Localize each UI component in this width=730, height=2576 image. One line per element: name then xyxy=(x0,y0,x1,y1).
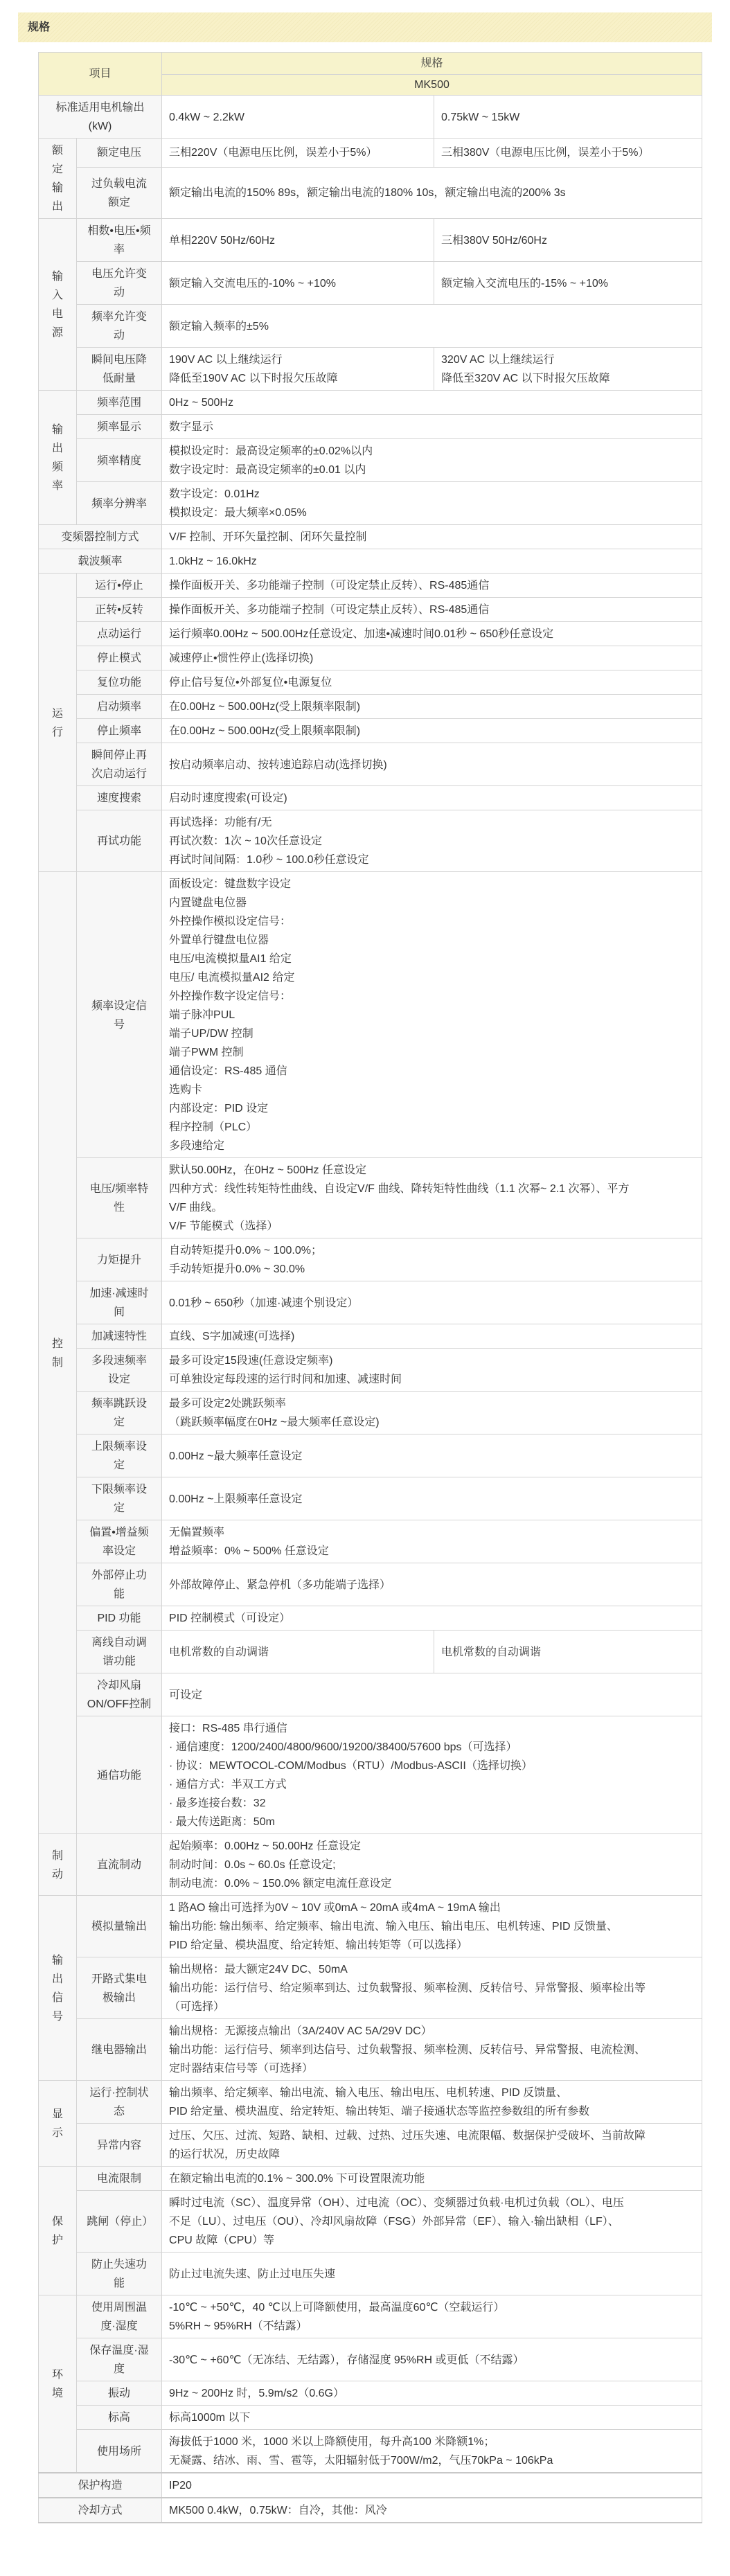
spec-row: 标高 标高1000m 以下 xyxy=(39,2406,702,2430)
row-label: 异常内容 xyxy=(77,2124,162,2167)
spec-row: 力矩提升 自动转矩提升0.0% ~ 100.0%； 手动转矩提升0.0% ~ 3… xyxy=(39,1238,702,1281)
row-value: 最多可设定2处跳跃频率 （跳跃频率幅度在0Hz ~最大频率任意设定) xyxy=(162,1392,702,1434)
row-value: 0.00Hz ~上限频率任意设定 xyxy=(162,1477,702,1520)
spec-row: 加减速特性 直线、S字加减速(可选择) xyxy=(39,1324,702,1349)
row-label: 电压允许变动 xyxy=(77,262,162,305)
row-label: 停止模式 xyxy=(77,646,162,670)
row-value: 0.75kW ~ 15kW xyxy=(434,96,702,139)
row-value: 按启动频率启动、按转速追踪启动(选择切换) xyxy=(162,743,702,786)
row-value: -10℃ ~ +50℃，40 ℃以上可降额使用，最高温度60℃（空载运行） 5%… xyxy=(162,2295,702,2338)
spec-row: 过负载电流额定 额定输出电流的150% 89s，额定输出电流的180% 10s，… xyxy=(39,167,702,218)
row-label: 频率显示 xyxy=(77,415,162,439)
row-value: 额定输出电流的150% 89s，额定输出电流的180% 10s，额定输出电流的2… xyxy=(162,167,702,218)
row-label-text: 加减速特性 xyxy=(87,1327,152,1346)
row-label-text: 点动运行 xyxy=(87,625,152,643)
section-header-bar: 规格 xyxy=(18,12,712,42)
group-label: 保护 xyxy=(39,2167,77,2295)
row-value: -30℃ ~ +60℃（无冻结、无结露），存储湿度 95%RH 或更低（不结露） xyxy=(162,2338,702,2381)
row-value: 0.01秒 ~ 650秒（加速·减速个别设定） xyxy=(162,1281,702,1324)
row-label-text: 下限频率设定 xyxy=(87,1480,152,1518)
group-label: 显示 xyxy=(39,2081,77,2167)
row-label-text: 离线自动调谐功能 xyxy=(87,1633,152,1671)
row-value: 无偏置频率 增益频率：0% ~ 500% 任意设定 xyxy=(162,1520,702,1563)
spec-row: 启动频率 在0.00Hz ~ 500.00Hz(受上限频率限制) xyxy=(39,695,702,719)
spec-row: 继电器输出 输出规格：无源接点输出（3A/240V AC 5A/29V DC） … xyxy=(39,2019,702,2081)
row-label-text: 运行·控制状态 xyxy=(87,2084,152,2121)
row-label-text: 频率允许变动 xyxy=(87,308,152,345)
group-label: 输出频率 xyxy=(39,391,77,525)
row-label: 跳闸（停止） xyxy=(77,2191,162,2253)
spec-row: 复位功能 停止信号复位•外部复位•电源复位 xyxy=(39,670,702,695)
spec-row: 载波频率 1.0kHz ~ 16.0kHz xyxy=(39,549,702,574)
row-label: 频率精度 xyxy=(77,439,162,482)
spec-row: 停止模式 减速停止•惯性停止(选择切换) xyxy=(39,646,702,670)
row-value: 自动转矩提升0.0% ~ 100.0%； 手动转矩提升0.0% ~ 30.0% xyxy=(162,1238,702,1281)
row-label: 多段速频率设定 xyxy=(77,1349,162,1392)
row-label-text: 多段速频率设定 xyxy=(87,1351,152,1389)
row-label-text: 标高 xyxy=(87,2408,152,2427)
spec-row: PID 功能 PID 控制模式（可设定） xyxy=(39,1606,702,1631)
row-label-text: 速度搜索 xyxy=(87,789,152,808)
row-label-text: PID 功能 xyxy=(87,1609,152,1628)
row-label: 使用场所 xyxy=(77,2430,162,2473)
spec-row: 加速·减速时间 0.01秒 ~ 650秒（加速·减速个别设定） xyxy=(39,1281,702,1324)
row-label: 频率允许变动 xyxy=(77,305,162,348)
spec-row: 控制 频率设定信号 面板设定：键盘数字设定 内置键盘电位器 外控操作模拟设定信号… xyxy=(39,872,702,1158)
spec-row: 外部停止功能 外部故障停止、紧急停机（多功能端子选择） xyxy=(39,1563,702,1606)
group-label-text: 输出频率 xyxy=(52,420,63,495)
spec-row: 标准适用电机输出(kW) 0.4kW ~ 2.2kW 0.75kW ~ 15kW xyxy=(39,96,702,139)
group-label-text: 输出信号 xyxy=(52,1951,63,2026)
row-label-text: 使用场所 xyxy=(87,2442,152,2461)
row-label-text: 频率范围 xyxy=(87,393,152,412)
row-value: 在0.00Hz ~ 500.00Hz(受上限频率限制) xyxy=(162,719,702,743)
row-label: 偏置•增益频率设定 xyxy=(77,1520,162,1563)
spec-row: 输出信号 模拟量输出 1 路AO 输出可选择为0V ~ 10V 或0mA ~ 2… xyxy=(39,1896,702,1957)
spec-row: 离线自动调谐功能 电机常数的自动调谐 电机常数的自动调谐 xyxy=(39,1631,702,1673)
row-label-text: 外部停止功能 xyxy=(87,1566,152,1604)
spec-row: 正转•反转 操作面板开关、多功能端子控制（可设定禁止反转）、RS-485通信 xyxy=(39,598,702,622)
group-label: 制动 xyxy=(39,1834,77,1896)
row-label-text: 复位功能 xyxy=(87,673,152,692)
row-label-text: 开路式集电极输出 xyxy=(87,1970,152,2007)
row-label: 标高 xyxy=(77,2406,162,2430)
row-value: 标高1000m 以下 xyxy=(162,2406,702,2430)
row-label: 保存温度·湿度 xyxy=(77,2338,162,2381)
group-label-text: 运行 xyxy=(52,704,63,742)
spec-row: 冷却方式 MK500 0.4kW，0.75kW：自冷，其他：风冷 xyxy=(39,2498,702,2523)
row-label: 开路式集电极输出 xyxy=(77,1957,162,2019)
row-value: 输出规格：无源接点输出（3A/240V AC 5A/29V DC） 输出功能：运… xyxy=(162,2019,702,2081)
row-value: 0.4kW ~ 2.2kW xyxy=(162,96,434,139)
row-label: 相数•电压•频率 xyxy=(77,219,162,262)
spec-row: 频率跳跃设定 最多可设定2处跳跃频率 （跳跃频率幅度在0Hz ~最大频率任意设定… xyxy=(39,1392,702,1434)
row-value: 启动时速度搜索(可设定) xyxy=(162,786,702,810)
spec-row: 变频器控制方式 V/F 控制、开环矢量控制、闭环矢量控制 xyxy=(39,525,702,549)
row-label-text: 变频器控制方式 xyxy=(51,528,150,547)
row-label: 频率跳跃设定 xyxy=(77,1392,162,1434)
row-label-text: 冷却风扇ON/OFF控制 xyxy=(87,1676,152,1714)
row-value: 起始频率：0.00Hz ~ 50.00Hz 任意设定 制动时间：0.0s ~ 6… xyxy=(162,1834,702,1896)
row-label: 电流限制 xyxy=(77,2167,162,2191)
spec-row: 跳闸（停止） 瞬时过电流（SC）、温度异常（OH）、过电流（OC）、变频器过负载… xyxy=(39,2191,702,2253)
row-label-text: 频率设定信号 xyxy=(87,997,152,1034)
row-label-text: 继电器输出 xyxy=(87,2041,152,2059)
spec-row: 速度搜索 启动时速度搜索(可设定) xyxy=(39,786,702,810)
group-label: 额定输出 xyxy=(39,139,77,219)
row-label: 频率分辨率 xyxy=(77,482,162,525)
spec-row: 冷却风扇ON/OFF控制 可设定 xyxy=(39,1673,702,1716)
row-value: 320V AC 以上继续运行 降低至320V AC 以下时报欠压故障 xyxy=(434,348,702,391)
spec-row: 电压/频率特性 默认50.00Hz，在0Hz ~ 500Hz 任意设定 四种方式… xyxy=(39,1158,702,1238)
header-spec: 规格 xyxy=(162,53,702,75)
row-label-text: 冷却方式 xyxy=(51,2501,150,2520)
row-label-text: 频率显示 xyxy=(87,418,152,436)
row-label-text: 防止失速功能 xyxy=(87,2255,152,2293)
spec-row: 显示 运行·控制状态 输出频率、给定频率、输出电流、输入电压、输出电压、电机转速… xyxy=(39,2081,702,2124)
spec-row: 电压允许变动 额定输入交流电压的-10% ~ +10% 额定输入交流电压的-15… xyxy=(39,262,702,305)
row-label: 力矩提升 xyxy=(77,1238,162,1281)
spec-row: 偏置•增益频率设定 无偏置频率 增益频率：0% ~ 500% 任意设定 xyxy=(39,1520,702,1563)
row-label: 载波频率 xyxy=(39,549,162,574)
row-value: 在0.00Hz ~ 500.00Hz(受上限频率限制) xyxy=(162,695,702,719)
spec-row: 环境 使用周围温度·湿度 -10℃ ~ +50℃，40 ℃以上可降额使用，最高温… xyxy=(39,2295,702,2338)
row-value: 在额定输出电流的0.1% ~ 300.0% 下可设置限流功能 xyxy=(162,2167,702,2191)
row-label: 速度搜索 xyxy=(77,786,162,810)
row-value: 电机常数的自动调谐 xyxy=(162,1631,434,1673)
row-label: 加速·减速时间 xyxy=(77,1281,162,1324)
row-label: 频率范围 xyxy=(77,391,162,415)
row-label: 下限频率设定 xyxy=(77,1477,162,1520)
group-label: 控制 xyxy=(39,872,77,1834)
row-label-text: 频率跳跃设定 xyxy=(87,1394,152,1432)
row-value: 直线、S字加减速(可选择) xyxy=(162,1324,702,1349)
spec-row: 频率显示 数字显示 xyxy=(39,415,702,439)
spec-row: 通信功能 接口：RS-485 串行通信 · 通信速度：1200/2400/480… xyxy=(39,1716,702,1834)
group-label-text: 制动 xyxy=(52,1847,63,1884)
row-label: 防止失速功能 xyxy=(77,2253,162,2295)
row-label-text: 载波频率 xyxy=(51,552,150,571)
row-value: 1 路AO 输出可选择为0V ~ 10V 或0mA ~ 20mA 或4mA ~ … xyxy=(162,1896,702,1957)
row-label: 瞬间停止再次启动运行 xyxy=(77,743,162,786)
row-label-text: 通信功能 xyxy=(87,1766,152,1785)
spec-row: 下限频率设定 0.00Hz ~上限频率任意设定 xyxy=(39,1477,702,1520)
row-label-text: 额定电压 xyxy=(87,143,152,162)
row-label-text: 电流限制 xyxy=(87,2169,152,2188)
group-label-text: 环境 xyxy=(52,2365,63,2403)
row-label: 启动频率 xyxy=(77,695,162,719)
row-value: 输出规格：最大额定24V DC、50mA 输出功能：运行信号、给定频率到达、过负… xyxy=(162,1957,702,2019)
spec-row: 开路式集电极输出 输出规格：最大额定24V DC、50mA 输出功能：运行信号、… xyxy=(39,1957,702,2019)
spec-table: 项目 规格 MK500 标准适用电机输出(kW) 0.4kW ~ 2.2kW 0… xyxy=(38,52,702,2523)
row-label: 保护构造 xyxy=(39,2473,162,2498)
row-label: 冷却风扇ON/OFF控制 xyxy=(77,1673,162,1716)
row-label-text: 瞬间电压降低耐量 xyxy=(87,350,152,388)
row-value: 0.00Hz ~最大频率任意设定 xyxy=(162,1434,702,1477)
row-value: 操作面板开关、多功能端子控制（可设定禁止反转）、RS-485通信 xyxy=(162,598,702,622)
row-value: 运行频率0.00Hz ~ 500.00Hz任意设定、加速•减速时间0.01秒 ~… xyxy=(162,622,702,646)
row-value: 瞬时过电流（SC）、温度异常（OH）、过电流（OC）、变频器过负载·电机过负载（… xyxy=(162,2191,702,2253)
row-value: 减速停止•惯性停止(选择切换) xyxy=(162,646,702,670)
row-value: 输出频率、给定频率、输出电流、输入电压、输出电压、电机转速、PID 反馈量、 P… xyxy=(162,2081,702,2124)
row-label-text: 上限频率设定 xyxy=(87,1437,152,1475)
row-value: 数字显示 xyxy=(162,415,702,439)
row-label: 运行•停止 xyxy=(77,574,162,598)
row-label: 使用周围温度·湿度 xyxy=(77,2295,162,2338)
row-value: 操作面板开关、多功能端子控制（可设定禁止反转）、RS-485通信 xyxy=(162,574,702,598)
row-value: 额定输入交流电压的-15% ~ +10% xyxy=(434,262,702,305)
row-value: 0Hz ~ 500Hz xyxy=(162,391,702,415)
row-label: 冷却方式 xyxy=(39,2498,162,2523)
row-value: 外部故障停止、紧急停机（多功能端子选择） xyxy=(162,1563,702,1606)
spec-row: 异常内容 过压、欠压、过流、短路、缺相、过载、过热、过压失速、电流限幅、数据保护… xyxy=(39,2124,702,2167)
row-label-text: 相数•电压•频率 xyxy=(87,222,152,259)
spec-row: 输入电源 相数•电压•频率 单相220V 50Hz/60Hz 三相380V 50… xyxy=(39,219,702,262)
header-item: 项目 xyxy=(39,53,162,96)
group-label-text: 控制 xyxy=(52,1335,63,1372)
row-label: 额定电压 xyxy=(77,139,162,168)
row-label-text: 启动频率 xyxy=(87,698,152,716)
row-label: 运行·控制状态 xyxy=(77,2081,162,2124)
row-value: 三相380V（电源电压比例，误差小于5%） xyxy=(434,139,702,168)
spec-row: 制动 直流制动 起始频率：0.00Hz ~ 50.00Hz 任意设定 制动时间：… xyxy=(39,1834,702,1896)
group-label: 输入电源 xyxy=(39,219,77,391)
row-value: MK500 0.4kW，0.75kW：自冷，其他：风冷 xyxy=(162,2498,702,2523)
spec-row: 点动运行 运行频率0.00Hz ~ 500.00Hz任意设定、加速•减速时间0.… xyxy=(39,622,702,646)
row-label-text: 力矩提升 xyxy=(87,1251,152,1270)
row-value: 三相220V（电源电压比例，误差小于5%） xyxy=(162,139,434,168)
row-label-text: 停止模式 xyxy=(87,649,152,668)
row-value: 模拟设定时：最高设定频率的±0.02%以内 数字设定时：最高设定频率的±0.01… xyxy=(162,439,702,482)
row-label-text: 振动 xyxy=(87,2384,152,2403)
row-value: 三相380V 50Hz/60Hz xyxy=(434,219,702,262)
row-label-text: 频率精度 xyxy=(87,452,152,470)
row-label: 点动运行 xyxy=(77,622,162,646)
row-label: 通信功能 xyxy=(77,1716,162,1834)
group-label-text: 输入电源 xyxy=(52,267,63,342)
row-label-text: 停止频率 xyxy=(87,722,152,740)
row-label-text: 加速·减速时间 xyxy=(87,1284,152,1322)
spec-row: 频率允许变动 额定输入频率的±5% xyxy=(39,305,702,348)
row-value: PID 控制模式（可设定） xyxy=(162,1606,702,1631)
row-label: 正转•反转 xyxy=(77,598,162,622)
row-label-text: 保护构造 xyxy=(51,2476,150,2495)
row-value: 防止过电流失速、防止过电压失速 xyxy=(162,2253,702,2295)
row-label-text: 异常内容 xyxy=(87,2136,152,2155)
row-label: 外部停止功能 xyxy=(77,1563,162,1606)
row-label: 过负载电流额定 xyxy=(77,167,162,218)
row-label-text: 过负载电流额定 xyxy=(87,175,152,212)
row-label-text: 频率分辨率 xyxy=(87,495,152,513)
row-value: 单相220V 50Hz/60Hz xyxy=(162,219,434,262)
row-value: 1.0kHz ~ 16.0kHz xyxy=(162,549,702,574)
row-value: 最多可设定15段速(任意设定频率) 可单独设定每段速的运行时间和加速、减速时间 xyxy=(162,1349,702,1392)
row-value: 190V AC 以上继续运行 降低至190V AC 以下时报欠压故障 xyxy=(162,348,434,391)
row-value: 接口：RS-485 串行通信 · 通信速度：1200/2400/4800/960… xyxy=(162,1716,702,1834)
group-label: 运行 xyxy=(39,574,77,872)
group-label-text: 额定输出 xyxy=(52,141,63,216)
spec-row: 再试功能 再试选择：功能有/无 再试次数：1次 ~ 10次任意设定 再试时间间隔… xyxy=(39,810,702,872)
row-label: 模拟量输出 xyxy=(77,1896,162,1957)
spec-row: 防止失速功能 防止过电流失速、防止过电压失速 xyxy=(39,2253,702,2295)
row-label: 变频器控制方式 xyxy=(39,525,162,549)
row-value: 面板设定：键盘数字设定 内置键盘电位器 外控操作模拟设定信号： 外置单行键盘电位… xyxy=(162,872,702,1158)
spec-row: 上限频率设定 0.00Hz ~最大频率任意设定 xyxy=(39,1434,702,1477)
row-value: 额定输入频率的±5% xyxy=(162,305,702,348)
spec-row: 瞬间停止再次启动运行 按启动频率启动、按转速追踪启动(选择切换) xyxy=(39,743,702,786)
group-label: 输出信号 xyxy=(39,1896,77,2081)
row-label: 瞬间电压降低耐量 xyxy=(77,348,162,391)
spec-row: 输出频率 频率范围 0Hz ~ 500Hz xyxy=(39,391,702,415)
row-value: 9Hz ~ 200Hz 时，5.9m/s2（0.6G） xyxy=(162,2381,702,2406)
row-value: 海拔低于1000 米，1000 米以上降额使用，每升高100 米降额1%； 无凝… xyxy=(162,2430,702,2473)
row-label-text: 直流制动 xyxy=(87,1856,152,1874)
row-label-text: 运行•停止 xyxy=(87,576,152,595)
row-label-text: 正转•反转 xyxy=(87,601,152,619)
row-label: 加减速特性 xyxy=(77,1324,162,1349)
spec-row: 额定输出 额定电压 三相220V（电源电压比例，误差小于5%） 三相380V（电… xyxy=(39,139,702,168)
spec-row: 多段速频率设定 最多可设定15段速(任意设定频率) 可单独设定每段速的运行时间和… xyxy=(39,1349,702,1392)
row-label: 振动 xyxy=(77,2381,162,2406)
header-model: MK500 xyxy=(162,75,702,96)
row-label-text: 模拟量输出 xyxy=(87,1917,152,1936)
row-label: 再试功能 xyxy=(77,810,162,872)
row-label-text: 再试功能 xyxy=(87,832,152,851)
row-label: 离线自动调谐功能 xyxy=(77,1631,162,1673)
header-row: 项目 规格 xyxy=(39,53,702,75)
spec-row: 瞬间电压降低耐量 190V AC 以上继续运行 降低至190V AC 以下时报欠… xyxy=(39,348,702,391)
row-label-text: 跳闸（停止） xyxy=(87,2212,152,2231)
row-value: 默认50.00Hz，在0Hz ~ 500Hz 任意设定 四种方式：线性转矩特性曲… xyxy=(162,1158,702,1238)
spec-row: 频率分辨率 数字设定：0.01Hz 模拟设定：最大频率×0.05% xyxy=(39,482,702,525)
group-label: 环境 xyxy=(39,2295,77,2473)
spec-row: 保护 电流限制 在额定输出电流的0.1% ~ 300.0% 下可设置限流功能 xyxy=(39,2167,702,2191)
row-value: 过压、欠压、过流、短路、缺相、过载、过热、过压失速、电流限幅、数据保护受破坏、当… xyxy=(162,2124,702,2167)
row-value: 数字设定：0.01Hz 模拟设定：最大频率×0.05% xyxy=(162,482,702,525)
spec-row: 保护构造 IP20 xyxy=(39,2473,702,2498)
row-label: 停止频率 xyxy=(77,719,162,743)
row-label-text: 偏置•增益频率设定 xyxy=(87,1523,152,1561)
spec-row: 运行 运行•停止 操作面板开关、多功能端子控制（可设定禁止反转）、RS-485通… xyxy=(39,574,702,598)
row-value: 额定输入交流电压的-10% ~ +10% xyxy=(162,262,434,305)
row-value: 再试选择：功能有/无 再试次数：1次 ~ 10次任意设定 再试时间间隔：1.0秒… xyxy=(162,810,702,872)
spec-row: 频率精度 模拟设定时：最高设定频率的±0.02%以内 数字设定时：最高设定频率的… xyxy=(39,439,702,482)
row-value: 停止信号复位•外部复位•电源复位 xyxy=(162,670,702,695)
row-value: V/F 控制、开环矢量控制、闭环矢量控制 xyxy=(162,525,702,549)
spec-row: 振动 9Hz ~ 200Hz 时，5.9m/s2（0.6G） xyxy=(39,2381,702,2406)
row-value: 电机常数的自动调谐 xyxy=(434,1631,702,1673)
row-label-text: 保存温度·湿度 xyxy=(87,2341,152,2379)
row-value: 可设定 xyxy=(162,1673,702,1716)
row-label-text: 电压/频率特性 xyxy=(87,1180,152,1217)
spec-row: 使用场所 海拔低于1000 米，1000 米以上降额使用，每升高100 米降额1… xyxy=(39,2430,702,2473)
row-label: 电压/频率特性 xyxy=(77,1158,162,1238)
row-label: 复位功能 xyxy=(77,670,162,695)
group-label-text: 显示 xyxy=(52,2105,63,2142)
row-label-text: 瞬间停止再次启动运行 xyxy=(87,746,152,783)
section-title: 规格 xyxy=(18,12,712,42)
spec-page: 规格 项目 规格 MK500 标准适用电机输出(kW) 0.4kW ~ 2.2k… xyxy=(0,0,730,2576)
row-label: 直流制动 xyxy=(77,1834,162,1896)
row-label: 频率设定信号 xyxy=(77,872,162,1158)
row-label: PID 功能 xyxy=(77,1606,162,1631)
group-label-text: 保护 xyxy=(52,2212,63,2250)
row-label-text: 使用周围温度·湿度 xyxy=(87,2298,152,2336)
row-label: 标准适用电机输出(kW) xyxy=(39,96,162,139)
row-label-text: 电压允许变动 xyxy=(87,265,152,302)
row-label: 继电器输出 xyxy=(77,2019,162,2081)
row-label: 上限频率设定 xyxy=(77,1434,162,1477)
row-value: IP20 xyxy=(162,2473,702,2498)
spec-row: 停止频率 在0.00Hz ~ 500.00Hz(受上限频率限制) xyxy=(39,719,702,743)
row-label-text: 标准适用电机输出(kW) xyxy=(51,98,150,136)
spec-row: 保存温度·湿度 -30℃ ~ +60℃（无冻结、无结露），存储湿度 95%RH … xyxy=(39,2338,702,2381)
